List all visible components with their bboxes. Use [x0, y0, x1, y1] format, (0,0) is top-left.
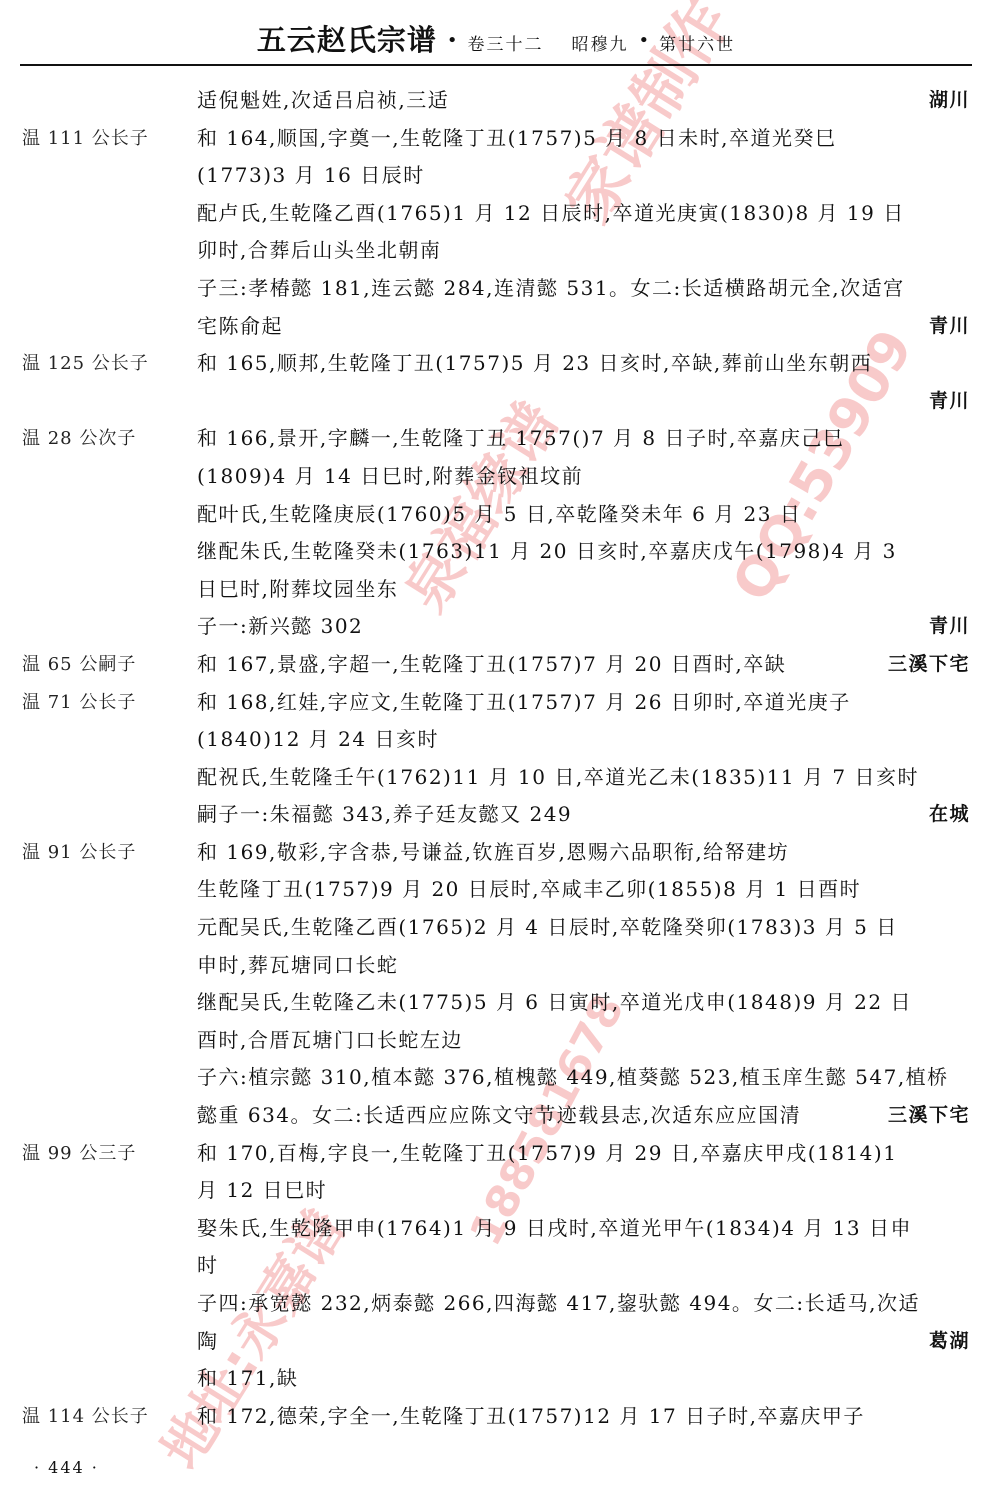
page-header: 五云赵氏宗谱•卷三十二昭穆九•第廿六世 — [0, 18, 992, 64]
entry-line: 日巳时,附葬坟园坐东 — [0, 571, 992, 609]
entry-text: 月 12 日巳时 — [197, 1172, 327, 1210]
parent-label: 温 111 公长子 — [22, 120, 149, 158]
entry-line: 月 12 日巳时 — [0, 1172, 992, 1210]
entry-text: 懿重 634。女二:长适西应应陈文守节迹载县志,次适东应应国清 — [197, 1097, 801, 1135]
entry-line: 酉时,合厝瓦塘门口长蛇左边 — [0, 1022, 992, 1060]
entry-line: (1773)3 月 16 日辰时 — [0, 157, 992, 195]
residence-place: 青川 — [929, 308, 970, 346]
entry-line: 温 99 公三子和 170,百梅,字良一,生乾隆丁丑(1757)9 月 29 日… — [0, 1135, 992, 1173]
entry-text: 和 168,红娃,字应文,生乾隆丁丑(1757)7 月 26 日卯时,卒道光庚子 — [197, 684, 851, 722]
parent-label: 温 99 公三子 — [22, 1135, 136, 1173]
entry-line: 温 28 公次子和 166,景开,字麟一,生乾隆丁丑 1757()7 月 8 日… — [0, 420, 992, 458]
entry-text: 子四:承宽懿 232,炳泰懿 266,四海懿 417,鋆驮懿 494。女二:长适… — [197, 1285, 920, 1323]
entry-text: 和 169,敬彩,字含恭,号谦益,钦旌百岁,恩赐六品职衔,给帑建坊 — [197, 834, 789, 872]
page-number: · 444 · — [34, 1458, 99, 1477]
entry-text: 和 167,景盛,字超一,生乾隆丁丑(1757)7 月 20 日酉时,卒缺 — [197, 646, 786, 684]
entry-text: 子三:孝椿懿 181,连云懿 284,连清懿 531。女二:长适横路胡元全,次适… — [197, 270, 905, 308]
entry-line: 生乾隆丁丑(1757)9 月 20 日辰时,卒咸丰乙卯(1855)8 月 1 日… — [0, 871, 992, 909]
entry-line: 懿重 634。女二:长适西应应陈文守节迹载县志,次适东应应国清三溪下宅 — [0, 1097, 992, 1135]
parent-label: 温 71 公长子 — [22, 684, 136, 722]
entry-text: 子一:新兴懿 302 — [197, 608, 363, 646]
parent-label: 温 28 公次子 — [22, 420, 136, 458]
header-rule — [20, 64, 972, 66]
entry-line: 温 125 公长子和 165,顺邦,生乾隆丁丑(1757)5 月 23 日亥时,… — [0, 345, 992, 383]
entry-text: 继配吴氏,生乾隆乙未(1775)5 月 6 日寅时,卒道光戊申(1848)9 月… — [197, 984, 912, 1022]
entry-text: 和 170,百梅,字良一,生乾隆丁丑(1757)9 月 29 日,卒嘉庆甲戌(1… — [197, 1135, 897, 1173]
entry-text: 宅陈俞起 — [197, 308, 283, 346]
entry-line: 温 65 公嗣子和 167,景盛,字超一,生乾隆丁丑(1757)7 月 20 日… — [0, 646, 992, 684]
entry-text: 和 164,顺国,字奠一,生乾隆丁丑(1757)5 月 8 日未时,卒道光癸巳 — [197, 120, 837, 158]
entry-text: (1809)4 月 14 日巳时,附葬金钗祖坟前 — [197, 458, 583, 496]
entry-line: 继配吴氏,生乾隆乙未(1775)5 月 6 日寅时,卒道光戊申(1848)9 月… — [0, 984, 992, 1022]
entry-line: 子四:承宽懿 232,炳泰懿 266,四海懿 417,鋆驮懿 494。女二:长适… — [0, 1285, 992, 1323]
entry-text: 和 166,景开,字麟一,生乾隆丁丑 1757()7 月 8 日子时,卒嘉庆己巳 — [197, 420, 844, 458]
entry-text: 申时,葬瓦塘同口长蛇 — [197, 947, 398, 985]
entry-text: 生乾隆丁丑(1757)9 月 20 日辰时,卒咸丰乙卯(1855)8 月 1 日… — [197, 871, 861, 909]
entry-line: 娶朱氏,生乾隆甲申(1764)1 月 9 日戌时,卒道光甲午(1834)4 月 … — [0, 1210, 992, 1248]
entry-text: (1840)12 月 24 日亥时 — [197, 721, 439, 759]
entry-text: 继配朱氏,生乾隆癸未(1763)11 月 20 日亥时,卒嘉庆戊午(1798)4… — [197, 533, 897, 571]
separator-dot: • — [639, 30, 650, 51]
entry-text: 配祝氏,生乾隆壬午(1762)11 月 10 日,卒道光乙未(1835)11 月… — [197, 759, 919, 797]
entry-line: 适倪魁姓,次适吕启祯,三适湖川 — [0, 82, 992, 120]
entry-line: 温 71 公长子和 168,红娃,字应文,生乾隆丁丑(1757)7 月 26 日… — [0, 684, 992, 722]
parent-label: 温 91 公长子 — [22, 834, 136, 872]
parent-label: 温 125 公长子 — [22, 345, 149, 383]
entry-text: (1773)3 月 16 日辰时 — [197, 157, 425, 195]
parent-label: 温 65 公嗣子 — [22, 646, 136, 684]
entry-line: 青川 — [0, 383, 992, 421]
genealogy-entries: 适倪魁姓,次适吕启祯,三适湖川温 111 公长子和 164,顺国,字奠一,生乾隆… — [0, 82, 992, 1435]
entry-text: 时 — [197, 1247, 219, 1285]
entry-line: 卯时,合葬后山头坐北朝南 — [0, 232, 992, 270]
residence-place: 青川 — [929, 383, 970, 421]
entry-text: 元配吴氏,生乾隆乙酉(1765)2 月 4 日辰时,卒乾隆癸卯(1783)3 月… — [197, 909, 898, 947]
entry-line: 子一:新兴懿 302青川 — [0, 608, 992, 646]
entry-line: 配卢氏,生乾隆乙酉(1765)1 月 12 日辰时,卒道光庚寅(1830)8 月… — [0, 195, 992, 233]
entry-line: 和 171,缺 — [0, 1360, 992, 1398]
entry-text: 和 165,顺邦,生乾隆丁丑(1757)5 月 23 日亥时,卒缺,葬前山坐东朝… — [197, 345, 872, 383]
entry-line: 温 114 公长子和 172,德荣,字全一,生乾隆丁丑(1757)12 月 17… — [0, 1398, 992, 1436]
entry-text: 陶 — [197, 1323, 219, 1361]
entry-line: 元配吴氏,生乾隆乙酉(1765)2 月 4 日辰时,卒乾隆癸卯(1783)3 月… — [0, 909, 992, 947]
entry-line: 陶葛湖 — [0, 1323, 992, 1361]
entry-line: 配祝氏,生乾隆壬午(1762)11 月 10 日,卒道光乙未(1835)11 月… — [0, 759, 992, 797]
residence-place: 青川 — [929, 608, 970, 646]
section-label: 昭穆九 — [572, 35, 629, 55]
entry-text: 娶朱氏,生乾隆甲申(1764)1 月 9 日戌时,卒道光甲午(1834)4 月 … — [197, 1210, 912, 1248]
entry-text: 配卢氏,生乾隆乙酉(1765)1 月 12 日辰时,卒道光庚寅(1830)8 月… — [197, 195, 905, 233]
entry-line: 继配朱氏,生乾隆癸未(1763)11 月 20 日亥时,卒嘉庆戊午(1798)4… — [0, 533, 992, 571]
entry-text: 适倪魁姓,次适吕启祯,三适 — [197, 82, 449, 120]
entry-line: (1809)4 月 14 日巳时,附葬金钗祖坟前 — [0, 458, 992, 496]
entry-text: 卯时,合葬后山头坐北朝南 — [197, 232, 441, 270]
entry-text: 和 171,缺 — [197, 1360, 298, 1398]
entry-line: 子六:植宗懿 310,植本懿 376,植槐懿 449,植葵懿 523,植玉庠生懿… — [0, 1059, 992, 1097]
entry-text: 日巳时,附葬坟园坐东 — [197, 571, 398, 609]
entry-line: 配叶氏,生乾隆庚辰(1760)5 月 5 日,卒乾隆癸未年 6 月 23 日 — [0, 496, 992, 534]
separator-dot: • — [447, 30, 458, 51]
generation-label: 第廿六世 — [659, 35, 735, 55]
entry-line: 宅陈俞起青川 — [0, 308, 992, 346]
book-title: 五云赵氏宗谱 — [257, 23, 437, 57]
entry-text: 子六:植宗懿 310,植本懿 376,植槐懿 449,植葵懿 523,植玉庠生懿… — [197, 1059, 949, 1097]
parent-label: 温 114 公长子 — [22, 1398, 149, 1436]
residence-place: 湖川 — [929, 82, 970, 120]
entry-line: (1840)12 月 24 日亥时 — [0, 721, 992, 759]
entry-text: 嗣子一:朱福懿 343,养子廷友懿又 249 — [197, 796, 572, 834]
residence-place: 三溪下宅 — [888, 1097, 970, 1135]
entry-line: 时 — [0, 1247, 992, 1285]
entry-text: 配叶氏,生乾隆庚辰(1760)5 月 5 日,卒乾隆癸未年 6 月 23 日 — [197, 496, 801, 534]
entry-text: 酉时,合厝瓦塘门口长蛇左边 — [197, 1022, 463, 1060]
volume-label: 卷三十二 — [468, 35, 544, 55]
entry-text: 和 172,德荣,字全一,生乾隆丁丑(1757)12 月 17 日子时,卒嘉庆甲… — [197, 1398, 865, 1436]
residence-place: 在城 — [929, 796, 970, 834]
entry-line: 子三:孝椿懿 181,连云懿 284,连清懿 531。女二:长适横路胡元全,次适… — [0, 270, 992, 308]
residence-place: 三溪下宅 — [888, 646, 970, 684]
residence-place: 葛湖 — [929, 1323, 970, 1361]
entry-line: 温 91 公长子和 169,敬彩,字含恭,号谦益,钦旌百岁,恩赐六品职衔,给帑建… — [0, 834, 992, 872]
entry-line: 申时,葬瓦塘同口长蛇 — [0, 947, 992, 985]
entry-line: 嗣子一:朱福懿 343,养子廷友懿又 249在城 — [0, 796, 992, 834]
entry-line: 温 111 公长子和 164,顺国,字奠一,生乾隆丁丑(1757)5 月 8 日… — [0, 120, 992, 158]
